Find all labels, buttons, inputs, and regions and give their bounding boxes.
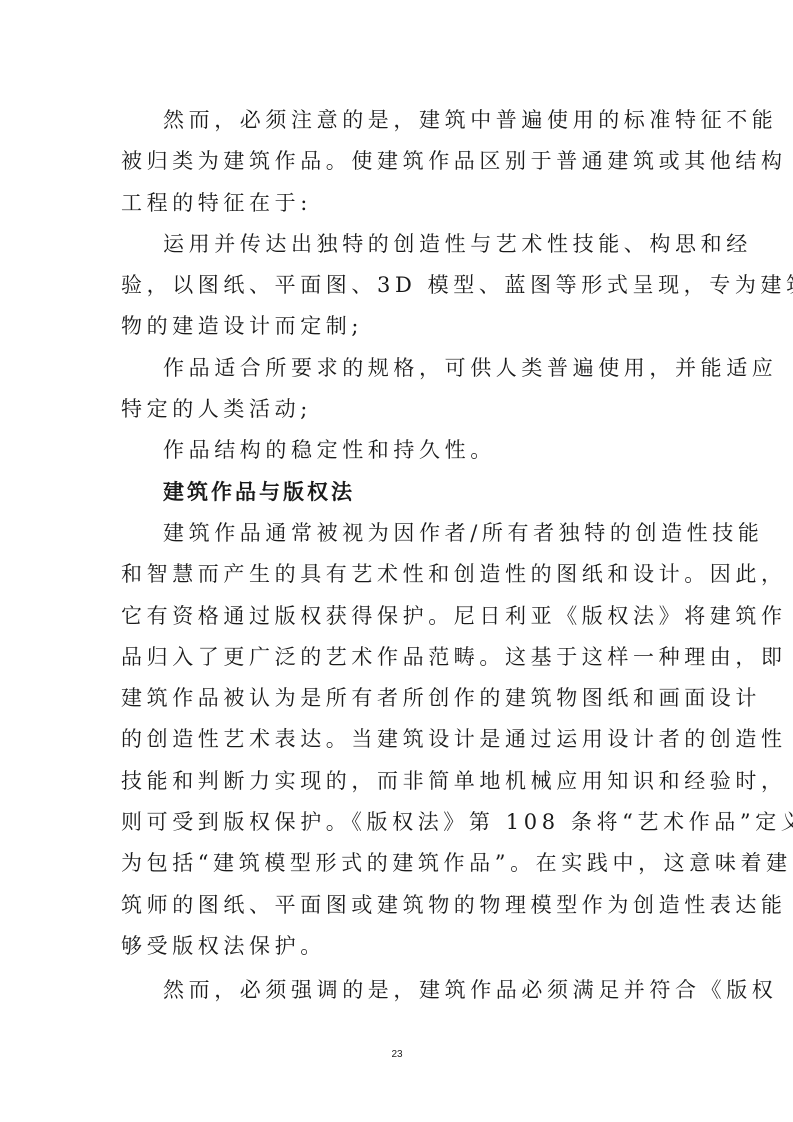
paragraph-5-line-10: 筑师的图纸、平面图或建筑物的物理模型作为创造性表达能 [121, 885, 673, 926]
section-heading: 建筑作品与版权法 [121, 472, 673, 513]
paragraph-3-line-2: 特定的人类活动; [121, 389, 673, 430]
paragraph-1-line-1: 然而，必须注意的是，建筑中普遍使用的标准特征不能 [121, 100, 673, 141]
paragraph-5-line-6: 的创造性艺术表达。当建筑设计是通过运用设计者的创造性 [121, 719, 673, 760]
document-body: 然而，必须注意的是，建筑中普遍使用的标准特征不能 被归类为建筑作品。使建筑作品区… [121, 100, 673, 1012]
paragraph-1-line-3: 工程的特征在于: [121, 183, 673, 224]
paragraph-4-line-1: 作品结构的稳定性和持久性。 [121, 430, 673, 471]
paragraph-5-line-4: 品归入了更广泛的艺术作品范畴。这基于这样一种理由，即 [121, 637, 673, 678]
paragraph-1-line-2: 被归类为建筑作品。使建筑作品区别于普通建筑或其他结构 [121, 141, 673, 182]
paragraph-5-line-1: 建筑作品通常被视为因作者/所有者独特的创造性技能 [121, 513, 673, 554]
paragraph-5-line-7: 技能和判断力实现的，而非简单地机械应用知识和经验时， [121, 761, 673, 802]
page-number: 23 [386, 1049, 408, 1060]
paragraph-5-line-2: 和智慧而产生的具有艺术性和创造性的图纸和设计。因此， [121, 554, 673, 595]
paragraph-2-line-2: 验，以图纸、平面图、3D 模型、蓝图等形式呈现，专为建筑 [121, 265, 673, 306]
paragraph-6-line-1: 然而，必须强调的是，建筑作品必须满足并符合《版权 [121, 970, 673, 1011]
paragraph-5-line-8: 则可受到版权保护。《版权法》第 108 条将“艺术作品”定义 [121, 802, 673, 843]
paragraph-2-line-3: 物的建造设计而定制; [121, 306, 673, 347]
paragraph-3-line-1: 作品适合所要求的规格，可供人类普遍使用，并能适应 [121, 348, 673, 389]
document-page: 然而，必须注意的是，建筑中普遍使用的标准特征不能 被归类为建筑作品。使建筑作品区… [0, 0, 793, 1122]
paragraph-5-line-5: 建筑作品被认为是所有者所创作的建筑物图纸和画面设计 [121, 678, 673, 719]
paragraph-2-line-1: 运用并传达出独特的创造性与艺术性技能、构思和经 [121, 224, 673, 265]
paragraph-5-line-9: 为包括“建筑模型形式的建筑作品”。在实践中，这意味着建 [121, 843, 673, 884]
paragraph-5-line-3: 它有资格通过版权获得保护。尼日利亚《版权法》将建筑作 [121, 596, 673, 637]
paragraph-5-line-11: 够受版权法保护。 [121, 926, 673, 967]
